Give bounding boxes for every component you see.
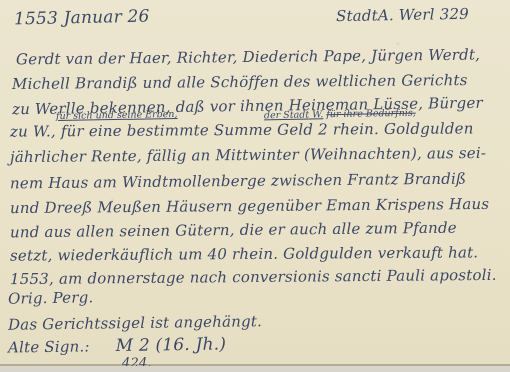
body-line-4: zu W., für eine bestimmte Summe Geld 2 r…: [10, 121, 474, 139]
body-line-6: nem Haus am Windtmollenberge zwischen Fr…: [10, 172, 466, 192]
photo-of-archive-card: { "card": { "header": { "date": "1553 Ja…: [0, 0, 510, 372]
material-note: Orig. Perg.: [8, 290, 94, 306]
old-signature-value: M 2 (16. Jh.): [116, 334, 227, 356]
body-line-7: und Dreeß Meußen Häusern gegenüber Eman …: [10, 197, 489, 216]
insertion-left-text: für sich und seine Erben,: [56, 109, 178, 122]
old-signature-label: Alte Sign.:: [8, 337, 90, 356]
seal-note: Das Gerichtssigel ist angehängt.: [8, 314, 262, 333]
old-signature-line: Alte Sign.:M 2 (16. Jh.): [8, 336, 226, 356]
body-line-8: und aus allen seinen Gütern, die er auch…: [10, 221, 457, 241]
document-date: 1553 Januar 26: [14, 9, 150, 29]
archive-signature: StadtA. Werl 329: [336, 7, 469, 24]
interlinear-insertion-left: für sich und seine Erben,: [56, 110, 178, 122]
body-line-9: setzt, wiederkäuflich um 40 rhein. Goldg…: [10, 245, 478, 263]
body-line-2: Michell Brandiß und alle Schöffen des we…: [12, 73, 468, 92]
insertion-right-struck-text: für ihre Bedürfnis,: [326, 108, 416, 121]
index-card: 1553 Januar 26 StadtA. Werl 329 Gerdt va…: [0, 0, 510, 366]
body-line-10: 1553, am donnerstage nach conversionis s…: [10, 268, 497, 287]
photo-background-edge: [0, 366, 510, 372]
body-line-5: jährlicher Rente, fällig an Mittwinter (…: [10, 146, 486, 165]
body-line-1: Gerdt van der Haer, Richter, Diederich P…: [16, 48, 480, 68]
